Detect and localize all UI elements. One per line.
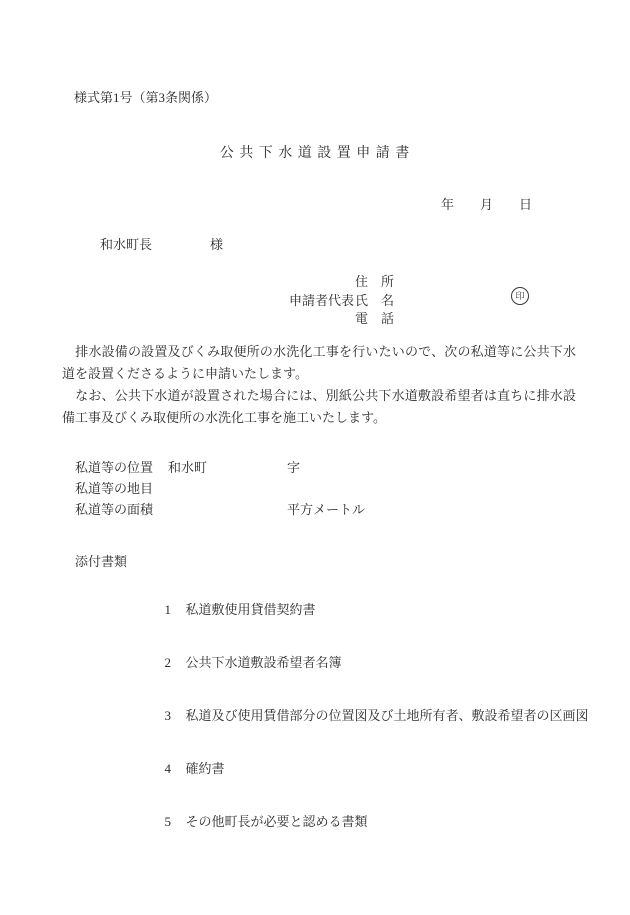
road-land-category-label: 私道等の地目 [75,478,153,497]
applicant-address-label: 住 所 [355,271,394,290]
attachment-number: 4 [165,761,186,777]
body-paragraph-1: 排水設備の設置及びくみ取便所の水洗化工事を行いたいので、次の私道等に公共下水道を… [62,341,576,385]
attachment-number: 1 [165,602,186,618]
seal-character: 印 [515,292,524,301]
road-location-label: 私道等の位置 [75,457,153,476]
attachment-text: 私道及び使用賃借部分の位置図及び土地所有者、敷設希望者の区画図 [186,708,589,723]
attachment-number: 2 [165,655,186,671]
attachments-label: 添付書類 [75,551,127,570]
page-title: 公 共 下 水 道 設 置 申 請 書 [0,142,630,162]
form-number: 様式第1号（第3条関係） [74,87,217,106]
attachment-item: 3私道及び使用賃借部分の位置図及び土地所有者、敷設希望者の区画図 [145,689,589,710]
addressee-name: 和水町長 [100,234,152,253]
attachment-text: 確約書 [186,761,225,776]
attachment-text: その他町長が必要と認める書類 [186,814,368,829]
date-line: 年 月 日 [441,194,532,213]
addressee-row: 和水町長 様 [0,234,630,252]
attachment-text: 公共下水道敷設希望者名簿 [186,655,342,670]
body-paragraph-2: なお、公共下水道が設置された場合には、別紙公共下水道敷設希望者は直ちに排水設備工… [62,385,576,429]
application-form-page: 様式第1号（第3条関係） 公 共 下 水 道 設 置 申 請 書 年 月 日 和… [0,0,630,915]
applicant-representative-label: 申請者代表 [289,290,354,309]
attachment-item: 1私道敷使用貸借契約書 [145,583,589,604]
attachment-number: 5 [165,814,186,830]
attachments-list: 1私道敷使用貸借契約書 2公共下水道敷設希望者名簿 3私道及び使用賃借部分の位置… [145,551,589,848]
road-area-row: 私道等の面積 平方メートル [0,499,630,520]
attachment-item: 2公共下水道敷設希望者名簿 [145,636,589,657]
road-location-value: 和水町 [168,457,207,476]
road-area-unit: 平方メートル [287,499,365,518]
seal-icon: 印 [511,287,529,305]
road-land-category-row: 私道等の地目 [0,478,630,499]
attachment-item: 5その他町長が必要と認める書類 [145,795,589,816]
road-location-row: 私道等の位置 和水町 字 [0,457,630,478]
attachment-item: 4確約書 [145,742,589,763]
body-text: 排水設備の設置及びくみ取便所の水洗化工事を行いたいので、次の私道等に公共下水道を… [62,341,576,429]
applicant-name-label: 氏 名 [355,290,394,309]
attachment-text: 私道敷使用貸借契約書 [186,602,316,617]
road-aza-label: 字 [287,457,300,476]
attachment-number: 3 [165,708,186,724]
applicant-phone-label: 電 話 [355,308,394,327]
road-area-label: 私道等の面積 [75,499,153,518]
addressee-honorific: 様 [210,234,223,253]
